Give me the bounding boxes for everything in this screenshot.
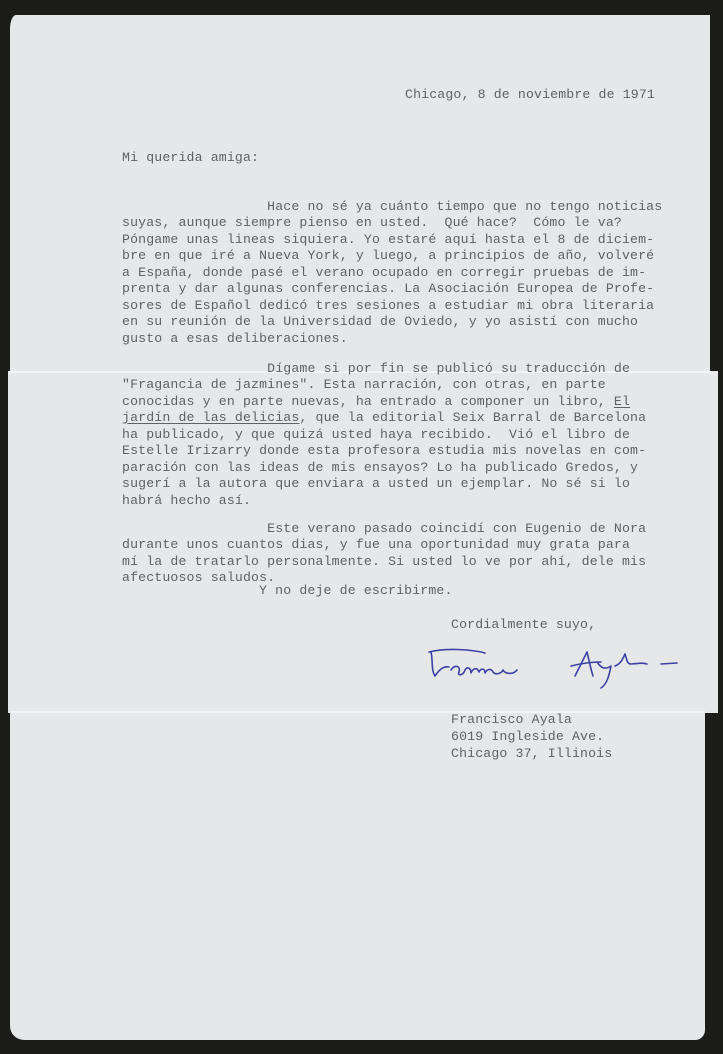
paragraph-line: sugerí a la autora que enviara a usted u… [122, 476, 646, 493]
paragraph-1: Hace no sé ya cuánto tiempo que no tengo… [122, 182, 662, 364]
paragraph-line: Hace no sé ya cuánto tiempo que no tengo… [122, 199, 662, 216]
sender-address-line-1: 6019 Ingleside Ave. [451, 728, 612, 745]
date-line: Chicago, 8 de noviembre de 1971 [405, 87, 655, 104]
paragraph-line: mí la de tratarlo personalmente. Si uste… [122, 554, 646, 571]
paragraph-line: Dígame si por fin se publicó su traducci… [122, 361, 646, 378]
paragraph-line: a España, donde pasé el verano ocupado e… [122, 265, 662, 282]
paragraph-line: ha publicado, y que quizá usted haya rec… [122, 427, 646, 444]
paragraph-line: Este verano pasado coincidí con Eugenio … [122, 521, 646, 538]
handwritten-signature [425, 640, 685, 695]
paragraph-line: suyas, aunque siempre pienso en usted. Q… [122, 215, 662, 232]
paragraph-line: paración con las ideas de mis ensayos? L… [122, 460, 646, 477]
closing-line: Y no deje de escribirme. [259, 583, 453, 600]
line-text: conocidas y en parte nuevas, ha entrado … [122, 394, 614, 409]
salutation: Mi querida amiga: [122, 150, 259, 167]
paragraph-2: Dígame si por fin se publicó su traducci… [122, 344, 646, 526]
book-title-underlined: El [614, 394, 630, 409]
paragraph-line: prenta y dar algunas conferencias. La As… [122, 281, 662, 298]
book-title-underlined: jardín de las delicias [122, 410, 299, 425]
paragraph-line: jardín de las delicias, que la editorial… [122, 410, 646, 427]
sender-name: Francisco Ayala [451, 711, 612, 728]
paragraph-line: "Fragancia de jazmines". Esta narración,… [122, 377, 646, 394]
paragraph-line: conocidas y en parte nuevas, ha entrado … [122, 394, 646, 411]
sender-address-block: Francisco Ayala6019 Ingleside Ave.Chicag… [451, 694, 612, 779]
paragraph-line: bre en que iré a Nueva York, y luego, a … [122, 248, 662, 265]
sender-address-line-2: Chicago 37, Illinois [451, 745, 612, 762]
paragraph-line: durante unos cuantos dias, y fue una opo… [122, 537, 646, 554]
line-text: , que la editorial Seix Barral de Barcel… [299, 410, 646, 425]
paragraph-line: Póngame unas lineas siquiera. Yo estaré … [122, 232, 662, 249]
valediction: Cordialmente suyo, [451, 617, 596, 634]
paragraph-line: Estelle Irizarry donde esta profesora es… [122, 443, 646, 460]
paragraph-line: en su reunión de la Universidad de Ovied… [122, 314, 662, 331]
paragraph-line: sores de Español dedicó tres sesiones a … [122, 298, 662, 315]
